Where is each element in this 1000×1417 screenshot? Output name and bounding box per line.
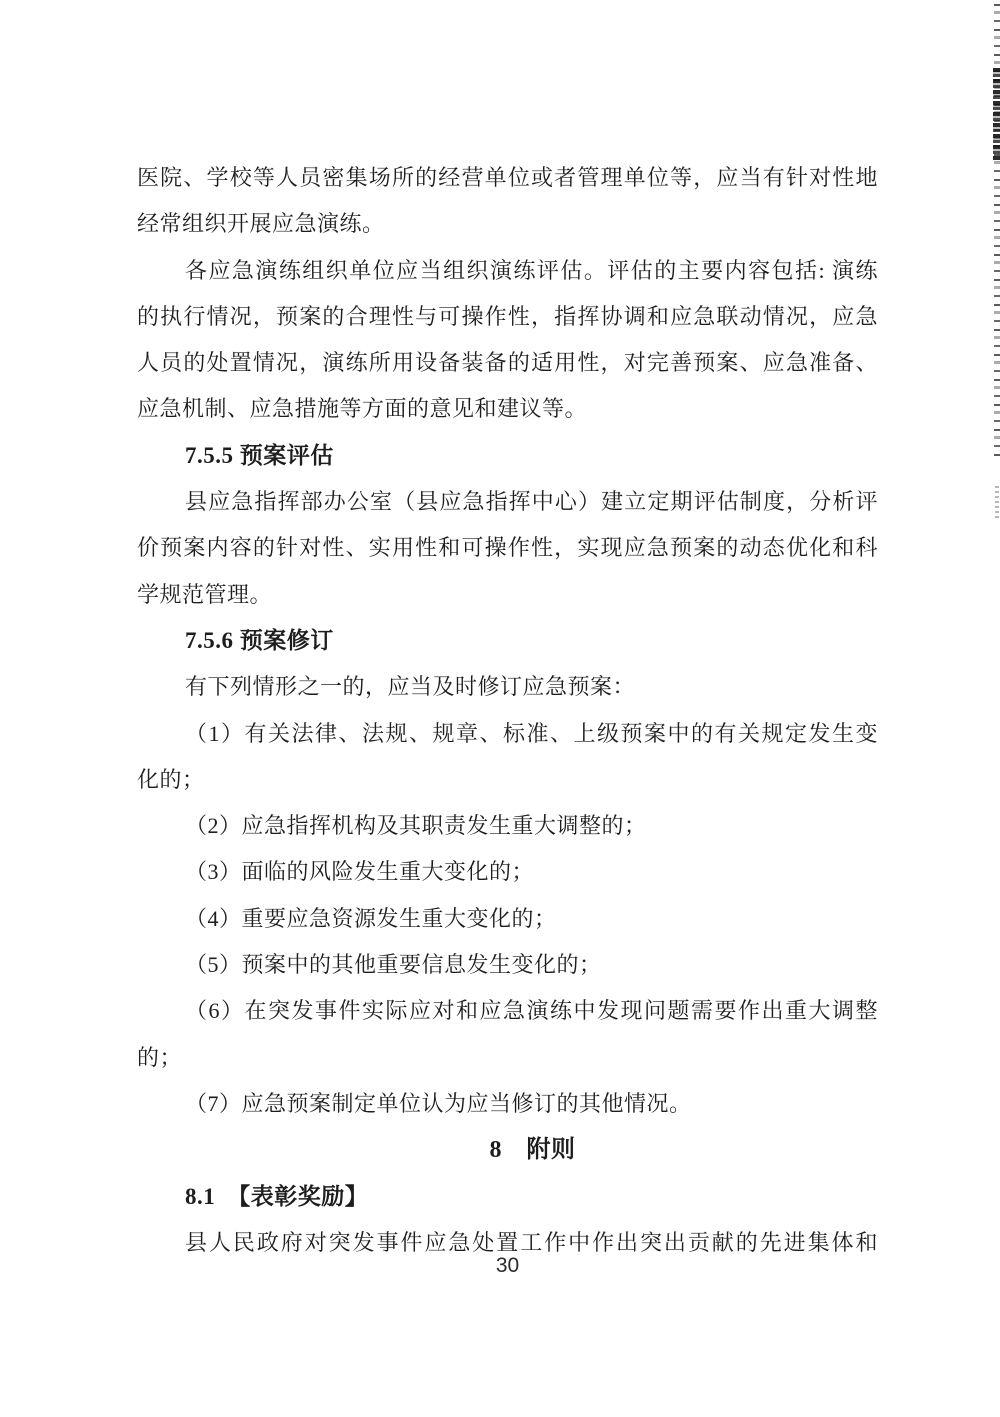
text-line-12: 有下列情形之一的，应当及时修订应急预案： bbox=[137, 664, 878, 710]
text-line-23: 8.1 【表彰奖励】 bbox=[137, 1174, 878, 1220]
text-line-13: （1）有关法律、法规、规章、标准、上级预案中的有关规定发生变 bbox=[137, 711, 878, 757]
text-line-18: （5）预案中的其他重要信息发生变化的； bbox=[137, 942, 878, 988]
text-line-7: 7.5.5 预案评估 bbox=[137, 433, 878, 479]
text-line-9: 价预案内容的针对性、实用性和可操作性，实现应急预案的动态优化和科 bbox=[137, 525, 878, 571]
text-line-8: 县应急指挥部办公室（县应急指挥中心）建立定期评估制度，分析评 bbox=[137, 479, 878, 525]
scan-edge-artifact-dense bbox=[993, 68, 1000, 160]
text-block: 医院、学校等人员密集场所的经营单位或者管理单位等，应当有针对性地经常组织开展应急… bbox=[137, 155, 878, 1266]
document-page: 医院、学校等人员密集场所的经营单位或者管理单位等，应当有针对性地经常组织开展应急… bbox=[0, 0, 1000, 1417]
text-line-3: 各应急演练组织单位应当组织演练评估。评估的主要内容包括: 演练 bbox=[137, 248, 878, 294]
text-line-10: 学规范管理。 bbox=[137, 572, 878, 618]
text-line-2: 经常组织开展应急演练。 bbox=[137, 201, 878, 247]
page-number: 30 bbox=[137, 1254, 878, 1278]
text-line-5: 人员的处置情况，演练所用设备装备的适用性，对完善预案、应急准备、 bbox=[137, 340, 878, 386]
text-line-17: （4）重要应急资源发生重大变化的； bbox=[137, 896, 878, 942]
text-line-22: 8 附则 bbox=[137, 1127, 878, 1173]
text-line-21: （7）应急预案制定单位认为应当修订的其他情况。 bbox=[137, 1081, 878, 1127]
text-line-19: （6）在突发事件实际应对和应急演练中发现问题需要作出重大调整 bbox=[137, 988, 878, 1034]
text-line-15: （2）应急指挥机构及其职责发生重大调整的； bbox=[137, 803, 878, 849]
text-line-6: 应急机制、应急措施等方面的意见和建议等。 bbox=[137, 386, 878, 432]
text-line-16: （3）面临的风险发生重大变化的； bbox=[137, 849, 878, 895]
text-line-1: 医院、学校等人员密集场所的经营单位或者管理单位等，应当有针对性地 bbox=[137, 155, 878, 201]
text-line-20: 的； bbox=[137, 1035, 878, 1081]
text-line-14: 化的； bbox=[137, 757, 878, 803]
text-line-4: 的执行情况，预案的合理性与可操作性，指挥协调和应急联动情况，应急 bbox=[137, 294, 878, 340]
text-line-11: 7.5.6 预案修订 bbox=[137, 618, 878, 664]
scan-edge-artifact-faint bbox=[995, 486, 999, 520]
